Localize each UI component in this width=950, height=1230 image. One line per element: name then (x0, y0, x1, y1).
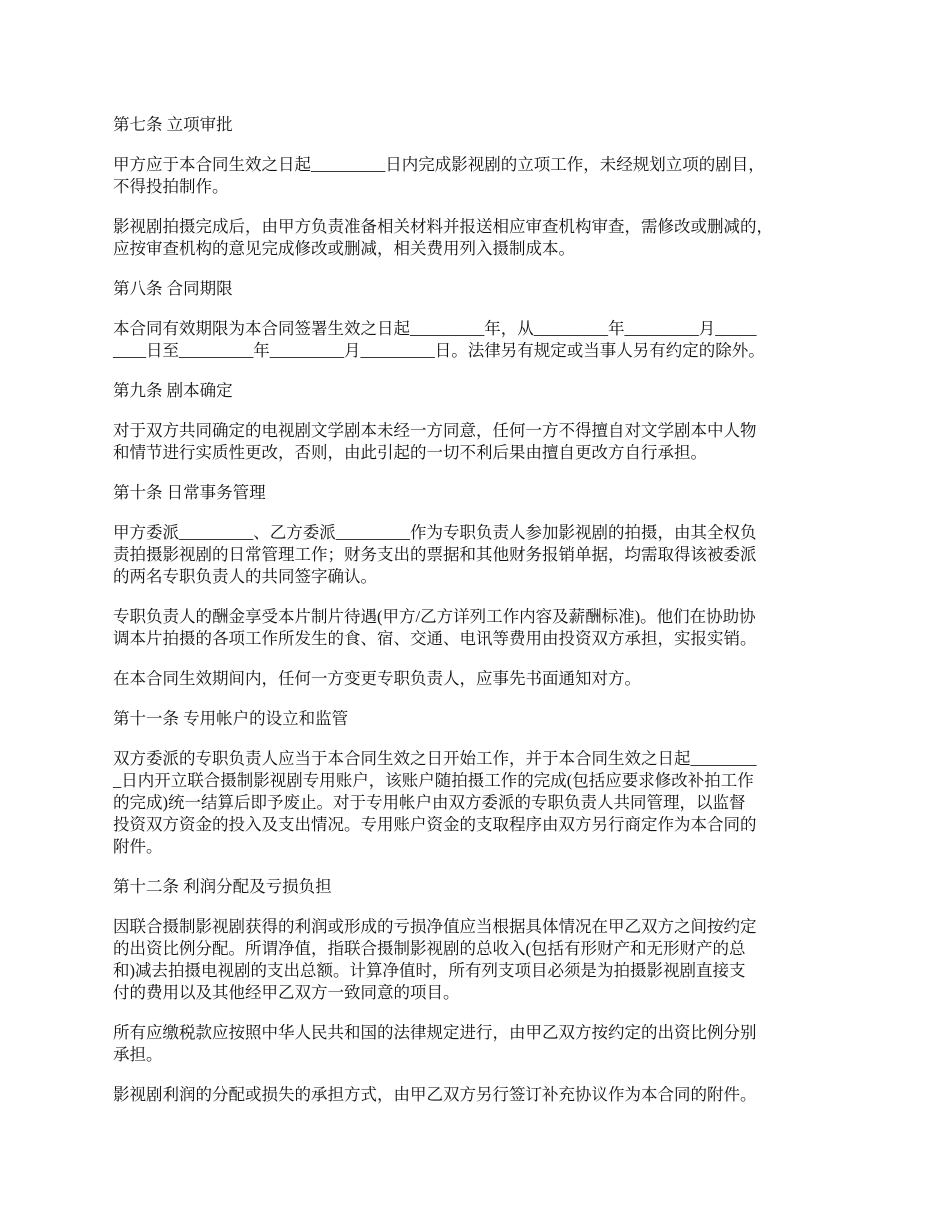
article-10-paragraph-1: 甲方委派_________、乙方委派_________作为专职负责人参加影视剧的… (113, 522, 841, 588)
text-line: 不得投拍制作。 (113, 176, 841, 198)
article-10-paragraph-2: 专职负责人的酬金享受本片制片待遇(甲方/乙方详列工作内容及薪酬标准)。他们在协助… (113, 606, 841, 650)
article-12-paragraph-2: 所有应缴税款应按照中华人民共和国的法律规定进行，由甲乙双方按约定的出资比例分别 … (113, 1022, 841, 1066)
text-line: 附件。 (113, 836, 841, 858)
text-line: 双方委派的专职负责人应当于本合同生效之日开始工作，并于本合同生效之日起_____… (113, 748, 841, 770)
article-9-heading: 第九条 剧本确定 (113, 380, 841, 402)
article-12-paragraph-1: 因联合摄制影视剧获得的利润或形成的亏损净值应当根据具体情况在甲乙双方之间按约定 … (113, 916, 841, 1004)
text-line: 和情节进行实质性更改，否则，由此引起的一切不利后果由擅自更改方自行承担。 (113, 442, 841, 464)
article-11-heading: 第十一条 专用帐户的设立和监管 (113, 708, 841, 730)
text-line: 甲方委派_________、乙方委派_________作为专职负责人参加影视剧的… (113, 522, 841, 544)
article-10-paragraph-3: 在本合同生效期间内，任何一方变更专职负责人，应事先书面通知对方。 (113, 668, 841, 690)
text-line: 专职负责人的酬金享受本片制片待遇(甲方/乙方详列工作内容及薪酬标准)。他们在协助… (113, 606, 841, 628)
article-9-paragraph-1: 对于双方共同确定的电视剧文学剧本未经一方同意，任何一方不得擅自对文学剧本中人物 … (113, 420, 841, 464)
text-line: 本合同有效期限为本合同签署生效之日起_________年，从_________年… (113, 318, 841, 340)
text-line: 应按审查机构的意见完成修改或删减，相关费用列入摄制成本。 (113, 238, 841, 260)
text-line: 责拍摄影视剧的日常管理工作；财务支出的票据和其他财务报销单据，均需取得该被委派 (113, 544, 841, 566)
text-line: 影视剧拍摄完成后，由甲方负责准备相关材料并报送相应审查机构审查，需修改或删减的， (113, 216, 841, 238)
text-line: 甲方应于本合同生效之日起_________日内完成影视剧的立项工作，未经规划立项… (113, 154, 841, 176)
text-line: ____日至_________年_________月_________日。法律另… (113, 340, 841, 362)
text-line: 影视剧利润的分配或损失的承担方式，由甲乙双方另行签订补充协议作为本合同的附件。 (113, 1084, 841, 1106)
article-11-paragraph-1: 双方委派的专职负责人应当于本合同生效之日开始工作，并于本合同生效之日起_____… (113, 748, 841, 858)
text-line: _日内开立联合摄制影视剧专用账户，该账户随拍摄工作的完成(包括应要求修改补拍工作 (113, 770, 841, 792)
text-line: 付的费用以及其他经甲乙双方一致同意的项目。 (113, 982, 841, 1004)
document-body: 第七条 立项审批 甲方应于本合同生效之日起_________日内完成影视剧的立项… (113, 114, 841, 1124)
text-line: 调本片拍摄的各项工作所发生的食、宿、交通、电讯等费用由投资双方承担，实报实销。 (113, 628, 841, 650)
article-7-paragraph-1: 甲方应于本合同生效之日起_________日内完成影视剧的立项工作，未经规划立项… (113, 154, 841, 198)
article-10-heading: 第十条 日常事务管理 (113, 482, 841, 504)
text-line: 的出资比例分配。所谓净值，指联合摄制影视剧的总收入(包括有形财产和无形财产的总 (113, 938, 841, 960)
text-line: 所有应缴税款应按照中华人民共和国的法律规定进行，由甲乙双方按约定的出资比例分别 (113, 1022, 841, 1044)
article-12-paragraph-3: 影视剧利润的分配或损失的承担方式，由甲乙双方另行签订补充协议作为本合同的附件。 (113, 1084, 841, 1106)
text-line: 的两名专职负责人的共同签字确认。 (113, 566, 841, 588)
text-line: 在本合同生效期间内，任何一方变更专职负责人，应事先书面通知对方。 (113, 668, 841, 690)
text-line: 的完成)统一结算后即予废止。对于专用帐户由双方委派的专职负责人共同管理，以监督 (113, 792, 841, 814)
article-8-heading: 第八条 合同期限 (113, 278, 841, 300)
article-8-paragraph-1: 本合同有效期限为本合同签署生效之日起_________年，从_________年… (113, 318, 841, 362)
document-page: 第七条 立项审批 甲方应于本合同生效之日起_________日内完成影视剧的立项… (0, 0, 950, 1230)
text-line: 承担。 (113, 1044, 841, 1066)
text-line: 投资双方资金的投入及支出情况。专用账户资金的支取程序由双方另行商定作为本合同的 (113, 814, 841, 836)
article-7-heading: 第七条 立项审批 (113, 114, 841, 136)
text-line: 因联合摄制影视剧获得的利润或形成的亏损净值应当根据具体情况在甲乙双方之间按约定 (113, 916, 841, 938)
text-line: 和)减去拍摄电视剧的支出总额。计算净值时，所有列支项目必须是为拍摄影视剧直接支 (113, 960, 841, 982)
article-7-paragraph-2: 影视剧拍摄完成后，由甲方负责准备相关材料并报送相应审查机构审查，需修改或删减的，… (113, 216, 841, 260)
article-12-heading: 第十二条 利润分配及亏损负担 (113, 876, 841, 898)
text-line: 对于双方共同确定的电视剧文学剧本未经一方同意，任何一方不得擅自对文学剧本中人物 (113, 420, 841, 442)
